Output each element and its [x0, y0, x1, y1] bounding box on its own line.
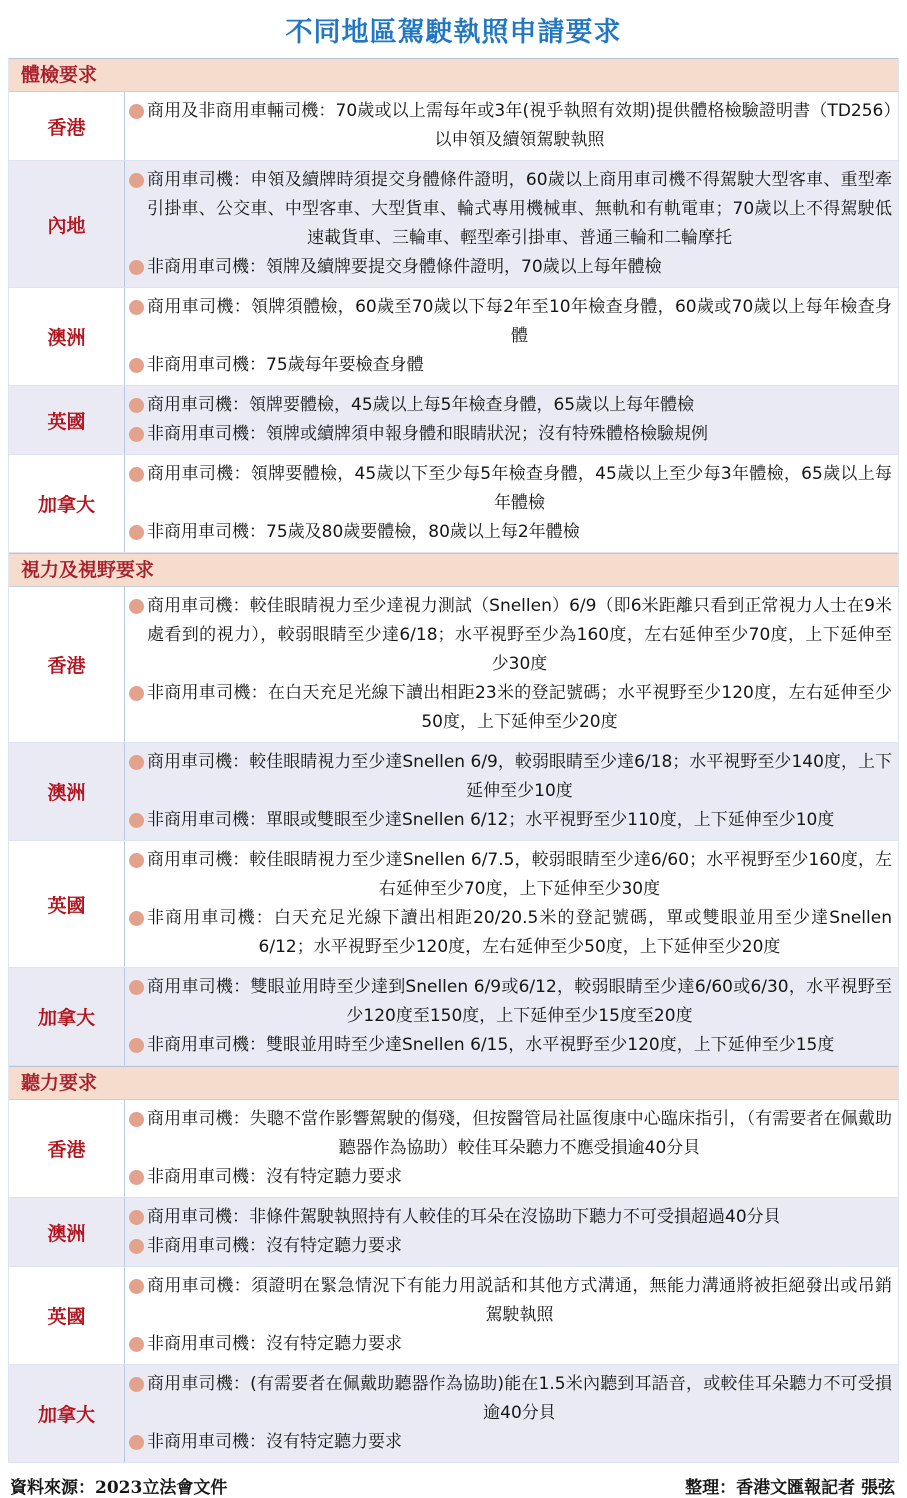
bullet-icon — [129, 1038, 144, 1053]
list-item: 非商用車司機：沒有特定聽力要求 — [129, 1330, 892, 1359]
table-row-hongkong: 香港 商用車司機：較佳眼睛視力至少達視力測試（Snellen）6/9（即6米距離… — [9, 587, 898, 743]
region-label-canada: 加拿大 — [9, 455, 125, 552]
requirement-text: 非商用車司機：75歲及80歲要體檢，80歲以上每2年體檢 — [147, 518, 892, 547]
bullet-icon — [129, 1170, 144, 1185]
requirement-text: 商用車司機：領牌要體檢，45歲以上每5年檢查身體，65歲以上每年體檢 — [147, 391, 892, 420]
bullet-icon — [129, 260, 144, 275]
bullet-icon — [129, 755, 144, 770]
requirement-text: 商用車司機：(有需要者在佩戴助聽器作為協助)能在1.5米內聽到耳語音，或較佳耳朵… — [147, 1370, 892, 1428]
list-item: 商用車司機：(有需要者在佩戴助聽器作為協助)能在1.5米內聽到耳語音，或較佳耳朵… — [129, 1370, 892, 1428]
list-item: 商用車司機：雙眼並用時至少達到Snellen 6/9或6/12，較弱眼睛至少達6… — [129, 973, 892, 1031]
region-label-hongkong: 香港 — [9, 92, 125, 160]
bullet-icon — [129, 1210, 144, 1225]
bullet-icon — [129, 467, 144, 482]
bullet-icon — [129, 1377, 144, 1392]
list-item: 商用及非商用車輛司機：70歲或以上需每年或3年(視乎執照有效期)提供體格檢驗證明… — [129, 97, 892, 155]
region-label-uk: 英國 — [9, 841, 125, 967]
row-content: 商用車司機：非條件駕駛執照持有人較佳的耳朵在沒協助下聽力不可受損超過40分貝 非… — [125, 1198, 898, 1266]
page-title: 不同地區駕駛執照申請要求 — [8, 4, 899, 58]
list-item: 非商用車司機：沒有特定聽力要求 — [129, 1232, 892, 1261]
footer-source: 資料來源：2023立法會文件 — [10, 1473, 227, 1498]
bullet-icon — [129, 358, 144, 373]
requirement-text: 非商用車司機：沒有特定聽力要求 — [147, 1232, 892, 1261]
region-label-uk: 英國 — [9, 386, 125, 454]
table-row-australia: 澳洲 商用車司機：領牌須體檢，60歲至70歲以下每2年至10年檢查身體，60歲或… — [9, 288, 898, 386]
requirement-text: 商用車司機：領牌須體檢，60歲至70歲以下每2年至10年檢查身體，60歲或70歲… — [147, 293, 892, 351]
list-item: 商用車司機：失聰不當作影響駕駛的傷殘，但按醫管局社區復康中心臨床指引，（有需要者… — [129, 1105, 892, 1163]
list-item: 非商用車司機：沒有特定聽力要求 — [129, 1163, 892, 1192]
requirement-text: 商用車司機：較佳眼睛視力至少達Snellen 6/9，較弱眼睛至少達6/18；水… — [147, 748, 892, 806]
section-header-hearing: 聽力要求 — [9, 1066, 898, 1100]
section-header-physical-exam: 體檢要求 — [9, 58, 898, 92]
list-item: 非商用車司機：白天充足光線下讀出相距20/20.5米的登記號碼，單或雙眼並用至少… — [129, 904, 892, 962]
list-item: 商用車司機：須證明在緊急情況下有能力用説話和其他方式溝通，無能力溝通將被拒絕發出… — [129, 1272, 892, 1330]
row-content: 商用車司機：申領及續牌時須提交身體條件證明，60歲以上商用車司機不得駕駛大型客車… — [125, 161, 898, 287]
requirement-text: 商用車司機：領牌要體檢，45歲以下至少每5年檢查身體，45歲以上至少每3年體檢，… — [147, 460, 892, 518]
requirement-text: 商用車司機：失聰不當作影響駕駛的傷殘，但按醫管局社區復康中心臨床指引，（有需要者… — [147, 1105, 892, 1163]
row-content: 商用車司機：須證明在緊急情況下有能力用説話和其他方式溝通，無能力溝通將被拒絕發出… — [125, 1267, 898, 1364]
list-item: 非商用車司機：75歲每年要檢查身體 — [129, 351, 892, 380]
requirement-text: 非商用車司機：75歲每年要檢查身體 — [147, 351, 892, 380]
region-label-canada: 加拿大 — [9, 968, 125, 1065]
requirement-text: 商用及非商用車輛司機：70歲或以上需每年或3年(視乎執照有效期)提供體格檢驗證明… — [147, 97, 892, 155]
table-row-mainland: 內地 商用車司機：申領及續牌時須提交身體條件證明，60歲以上商用車司機不得駕駛大… — [9, 161, 898, 288]
list-item: 非商用車司機：沒有特定聽力要求 — [129, 1428, 892, 1457]
requirement-text: 商用車司機：須證明在緊急情況下有能力用説話和其他方式溝通，無能力溝通將被拒絕發出… — [147, 1272, 892, 1330]
requirement-text: 非商用車司機：單眼或雙眼至少達Snellen 6/12；水平視野至少110度，上… — [147, 806, 892, 835]
region-label-uk: 英國 — [9, 1267, 125, 1364]
row-content: 商用及非商用車輛司機：70歲或以上需每年或3年(視乎執照有效期)提供體格檢驗證明… — [125, 92, 898, 160]
list-item: 非商用車司機：75歲及80歲要體檢，80歲以上每2年體檢 — [129, 518, 892, 547]
bullet-icon — [129, 1337, 144, 1352]
requirement-text: 非商用車司機：沒有特定聽力要求 — [147, 1163, 892, 1192]
bullet-icon — [129, 599, 144, 614]
requirement-text: 商用車司機：較佳眼睛視力至少達視力測試（Snellen）6/9（即6米距離只看到… — [147, 592, 892, 679]
bullet-icon — [129, 1112, 144, 1127]
row-content: 商用車司機：較佳眼睛視力至少達視力測試（Snellen）6/9（即6米距離只看到… — [125, 587, 898, 742]
row-content: 商用車司機：較佳眼睛視力至少達Snellen 6/9，較弱眼睛至少達6/18；水… — [125, 743, 898, 840]
table-row-canada: 加拿大 商用車司機：(有需要者在佩戴助聽器作為協助)能在1.5米內聽到耳語音，或… — [9, 1365, 898, 1463]
bullet-icon — [129, 398, 144, 413]
table-row-canada: 加拿大 商用車司機：領牌要體檢，45歲以下至少每5年檢查身體，45歲以上至少每3… — [9, 455, 898, 553]
requirement-text: 非商用車司機：領牌或續牌須申報身體和眼睛狀況；沒有特殊體格檢驗規例 — [147, 420, 892, 449]
table-row-uk: 英國 商用車司機：領牌要體檢，45歲以上每5年檢查身體，65歲以上每年體檢 非商… — [9, 386, 898, 455]
region-label-australia: 澳洲 — [9, 288, 125, 385]
list-item: 商用車司機：申領及續牌時須提交身體條件證明，60歲以上商用車司機不得駕駛大型客車… — [129, 166, 892, 253]
footer-credit: 整理：香港文匯報記者 張弦 — [685, 1473, 895, 1498]
requirement-text: 非商用車司機：沒有特定聽力要求 — [147, 1428, 892, 1457]
bullet-icon — [129, 1279, 144, 1294]
bullet-icon — [129, 300, 144, 315]
region-label-canada: 加拿大 — [9, 1365, 125, 1462]
bullet-icon — [129, 911, 144, 926]
region-label-australia: 澳洲 — [9, 1198, 125, 1266]
requirement-text: 非商用車司機：沒有特定聽力要求 — [147, 1330, 892, 1359]
row-content: 商用車司機：失聰不當作影響駕駛的傷殘，但按醫管局社區復康中心臨床指引，（有需要者… — [125, 1100, 898, 1197]
row-content: 商用車司機：(有需要者在佩戴助聽器作為協助)能在1.5米內聽到耳語音，或較佳耳朵… — [125, 1365, 898, 1462]
list-item: 商用車司機：非條件駕駛執照持有人較佳的耳朵在沒協助下聽力不可受損超過40分貝 — [129, 1203, 892, 1232]
requirement-text: 商用車司機：申領及續牌時須提交身體條件證明，60歲以上商用車司機不得駕駛大型客車… — [147, 166, 892, 253]
list-item: 商用車司機：領牌要體檢，45歲以上每5年檢查身體，65歲以上每年體檢 — [129, 391, 892, 420]
region-label-mainland: 內地 — [9, 161, 125, 287]
list-item: 商用車司機：領牌須體檢，60歲至70歲以下每2年至10年檢查身體，60歲或70歲… — [129, 293, 892, 351]
list-item: 商用車司機：較佳眼睛視力至少達視力測試（Snellen）6/9（即6米距離只看到… — [129, 592, 892, 679]
row-content: 商用車司機：領牌要體檢，45歲以上每5年檢查身體，65歲以上每年體檢 非商用車司… — [125, 386, 898, 454]
table-row-australia: 澳洲 商用車司機：非條件駕駛執照持有人較佳的耳朵在沒協助下聽力不可受損超過40分… — [9, 1198, 898, 1267]
requirement-text: 商用車司機：非條件駕駛執照持有人較佳的耳朵在沒協助下聽力不可受損超過40分貝 — [147, 1203, 892, 1232]
requirement-text: 非商用車司機：在白天充足光線下讀出相距23米的登記號碼；水平視野至少120度，左… — [147, 679, 892, 737]
list-item: 非商用車司機：雙眼並用時至少達Snellen 6/15，水平視野至少120度，上… — [129, 1031, 892, 1060]
row-content: 商用車司機：領牌要體檢，45歲以下至少每5年檢查身體，45歲以上至少每3年體檢，… — [125, 455, 898, 552]
list-item: 非商用車司機：在白天充足光線下讀出相距23米的登記號碼；水平視野至少120度，左… — [129, 679, 892, 737]
bullet-icon — [129, 104, 144, 119]
bullet-icon — [129, 853, 144, 868]
bullet-icon — [129, 686, 144, 701]
list-item: 商用車司機：領牌要體檢，45歲以下至少每5年檢查身體，45歲以上至少每3年體檢，… — [129, 460, 892, 518]
footer: 資料來源：2023立法會文件 整理：香港文匯報記者 張弦 — [8, 1463, 899, 1498]
requirement-text: 非商用車司機：雙眼並用時至少達Snellen 6/15，水平視野至少120度，上… — [147, 1031, 892, 1060]
bullet-icon — [129, 980, 144, 995]
requirement-text: 商用車司機：雙眼並用時至少達到Snellen 6/9或6/12，較弱眼睛至少達6… — [147, 973, 892, 1031]
table-row-australia: 澳洲 商用車司機：較佳眼睛視力至少達Snellen 6/9，較弱眼睛至少達6/1… — [9, 743, 898, 841]
requirements-table: 體檢要求 香港 商用及非商用車輛司機：70歲或以上需每年或3年(視乎執照有效期)… — [8, 58, 899, 1463]
row-content: 商用車司機：領牌須體檢，60歲至70歲以下每2年至10年檢查身體，60歲或70歲… — [125, 288, 898, 385]
list-item: 商用車司機：較佳眼睛視力至少達Snellen 6/9，較弱眼睛至少達6/18；水… — [129, 748, 892, 806]
region-label-hongkong: 香港 — [9, 587, 125, 742]
list-item: 非商用車司機：單眼或雙眼至少達Snellen 6/12；水平視野至少110度，上… — [129, 806, 892, 835]
table-row-canada: 加拿大 商用車司機：雙眼並用時至少達到Snellen 6/9或6/12，較弱眼睛… — [9, 968, 898, 1066]
row-content: 商用車司機：雙眼並用時至少達到Snellen 6/9或6/12，較弱眼睛至少達6… — [125, 968, 898, 1065]
list-item: 非商用車司機：領牌及續牌要提交身體條件證明，70歲以上每年體檢 — [129, 253, 892, 282]
bullet-icon — [129, 1239, 144, 1254]
requirement-text: 非商用車司機：領牌及續牌要提交身體條件證明，70歲以上每年體檢 — [147, 253, 892, 282]
region-label-australia: 澳洲 — [9, 743, 125, 840]
bullet-icon — [129, 1435, 144, 1450]
list-item: 商用車司機：較佳眼睛視力至少達Snellen 6/7.5，較弱眼睛至少達6/60… — [129, 846, 892, 904]
table-row-uk: 英國 商用車司機：較佳眼睛視力至少達Snellen 6/7.5，較弱眼睛至少達6… — [9, 841, 898, 968]
list-item: 非商用車司機：領牌或續牌須申報身體和眼睛狀況；沒有特殊體格檢驗規例 — [129, 420, 892, 449]
section-header-vision: 視力及視野要求 — [9, 553, 898, 587]
bullet-icon — [129, 173, 144, 188]
bullet-icon — [129, 525, 144, 540]
requirement-text: 商用車司機：較佳眼睛視力至少達Snellen 6/7.5，較弱眼睛至少達6/60… — [147, 846, 892, 904]
region-label-hongkong: 香港 — [9, 1100, 125, 1197]
requirement-text: 非商用車司機：白天充足光線下讀出相距20/20.5米的登記號碼，單或雙眼並用至少… — [147, 904, 892, 962]
bullet-icon — [129, 427, 144, 442]
table-row-hongkong: 香港 商用及非商用車輛司機：70歲或以上需每年或3年(視乎執照有效期)提供體格檢… — [9, 92, 898, 161]
table-row-hongkong: 香港 商用車司機：失聰不當作影響駕駛的傷殘，但按醫管局社區復康中心臨床指引，（有… — [9, 1100, 898, 1198]
row-content: 商用車司機：較佳眼睛視力至少達Snellen 6/7.5，較弱眼睛至少達6/60… — [125, 841, 898, 967]
infographic-page: 不同地區駕駛執照申請要求 體檢要求 香港 商用及非商用車輛司機：70歲或以上需每… — [0, 0, 907, 1498]
bullet-icon — [129, 813, 144, 828]
table-row-uk: 英國 商用車司機：須證明在緊急情況下有能力用説話和其他方式溝通，無能力溝通將被拒… — [9, 1267, 898, 1365]
